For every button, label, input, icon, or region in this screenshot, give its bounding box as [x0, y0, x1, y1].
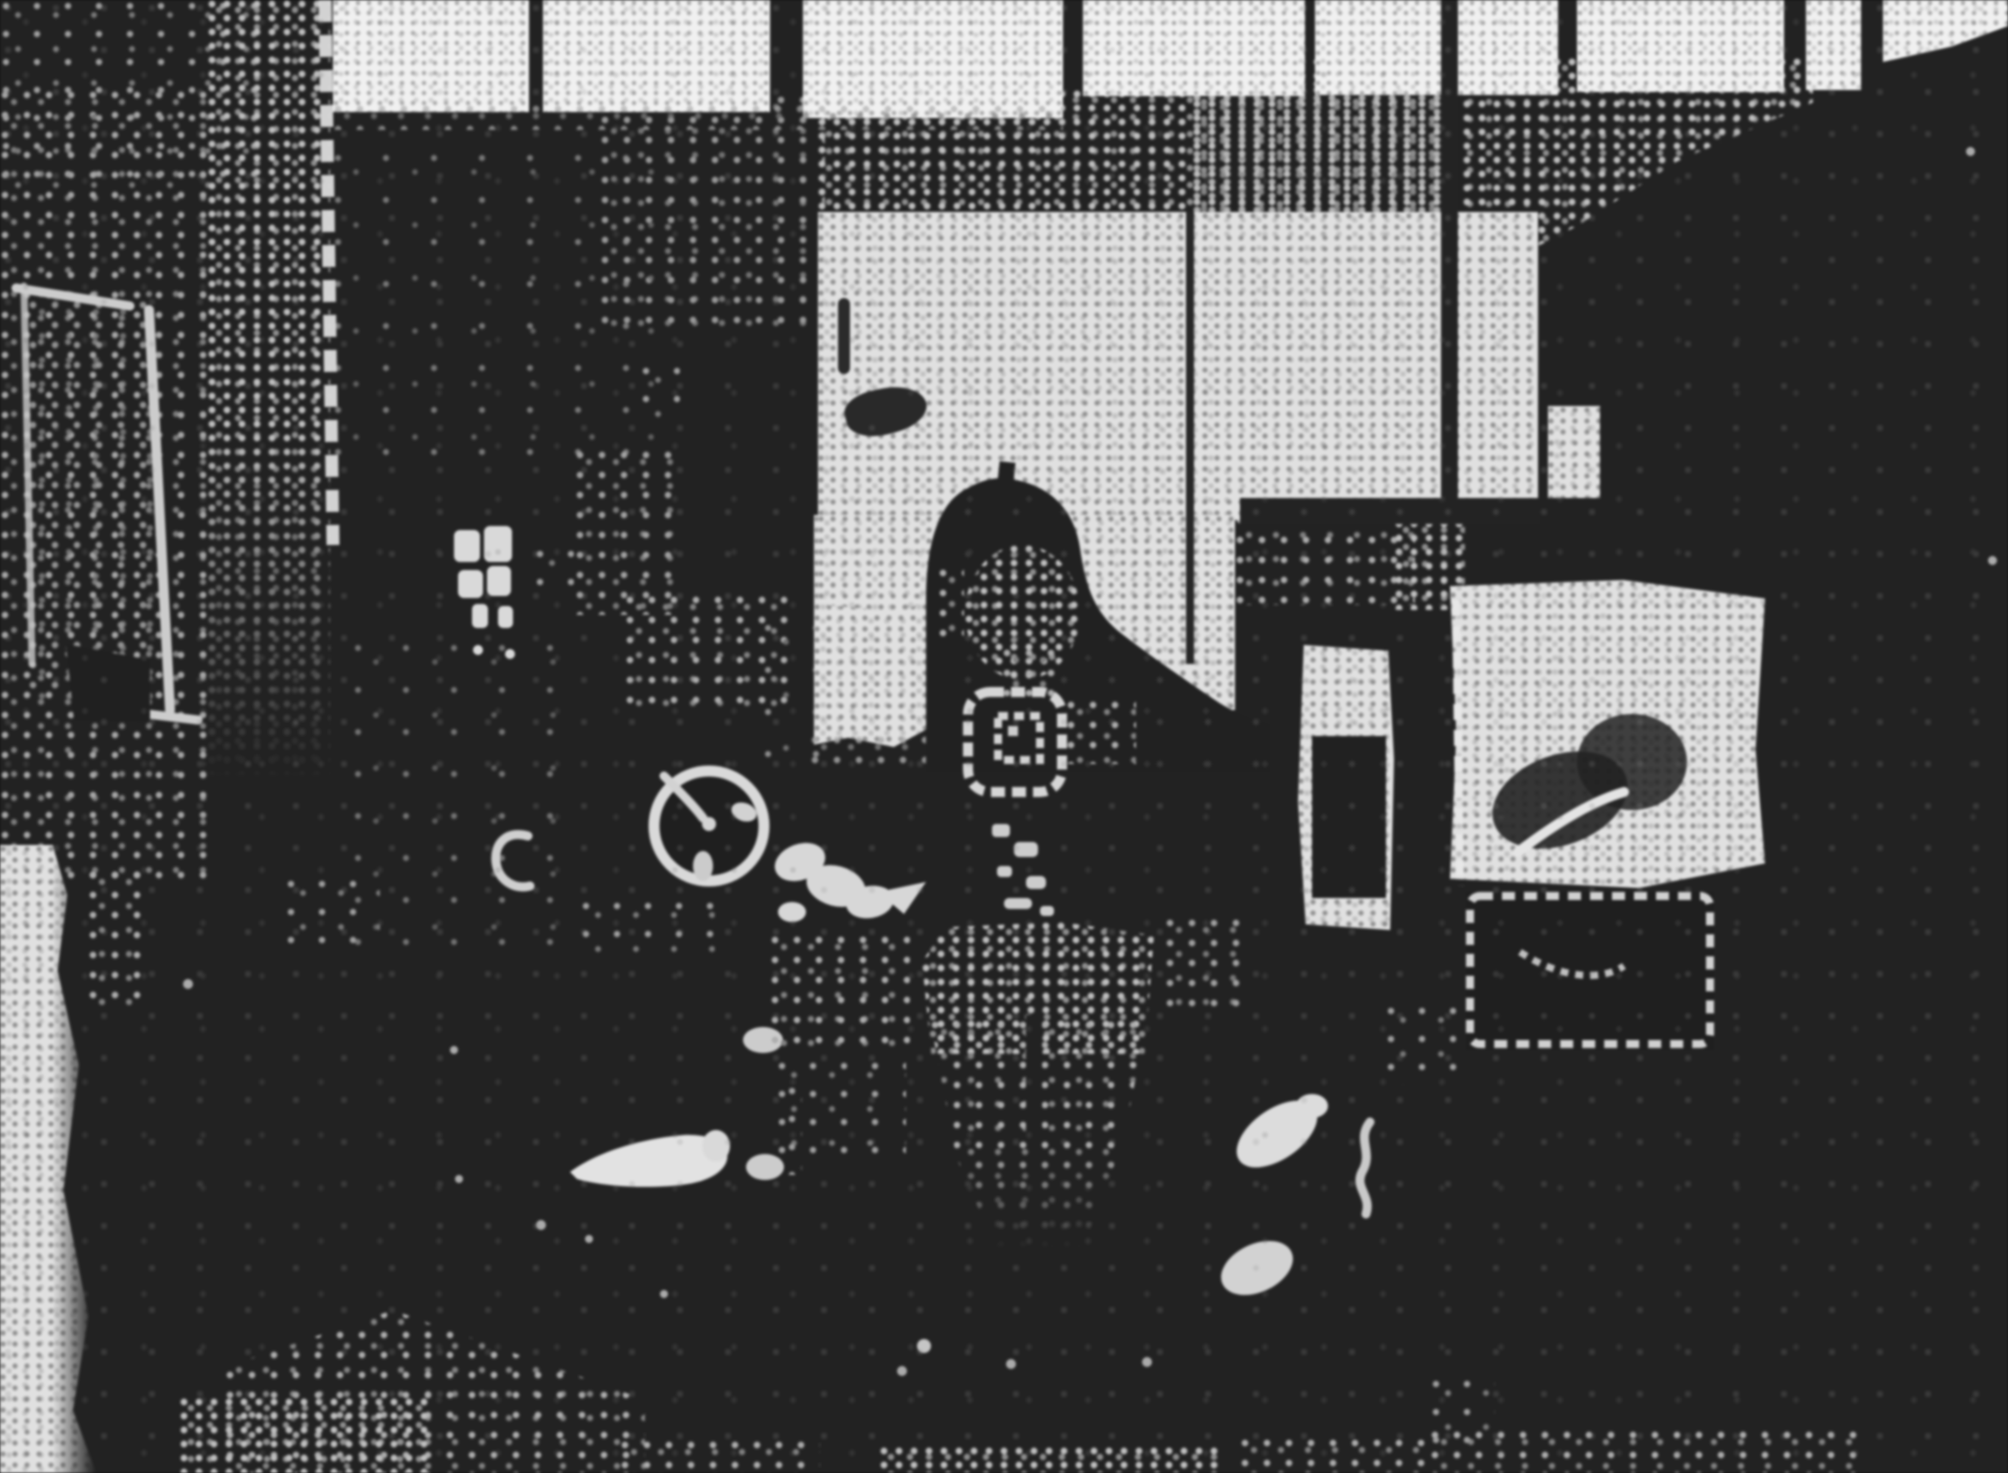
- global-grain-overlay: [0, 0, 2008, 1473]
- halftone-photo-scene: [0, 0, 2008, 1473]
